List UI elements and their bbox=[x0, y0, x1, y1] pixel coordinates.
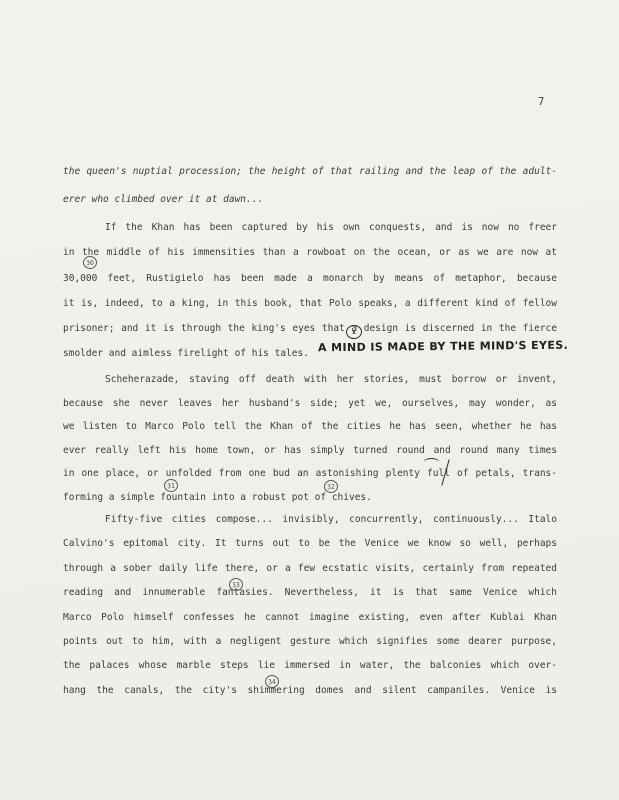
text-line: points out to him, with a negligent gest… bbox=[63, 636, 557, 660]
text-line: Fifty-five cities compose... invisibly, … bbox=[63, 514, 557, 538]
text-line: 30,000 feet, Rustigielo has been made a … bbox=[63, 273, 557, 298]
page-number: 7 bbox=[538, 96, 544, 108]
text-line: we listen to Marco Polo tell the Khan of… bbox=[63, 421, 557, 445]
text-line: ever really left his home town, or has s… bbox=[63, 445, 557, 469]
text-line: If the Khan has been captured by his own… bbox=[63, 222, 557, 247]
paragraph-scheherazade: Scheherazade, staving off death with her… bbox=[63, 374, 557, 515]
text-line: because she never leaves her husband's s… bbox=[63, 398, 557, 422]
proofreading-caret-mark bbox=[424, 458, 439, 466]
text-line: forming a simple fountain into a robust … bbox=[63, 492, 557, 516]
text-line: Scheherazade, staving off death with her… bbox=[63, 374, 557, 398]
epigraph-line: the queen's nuptial procession; the heig… bbox=[63, 166, 557, 194]
handwritten-note: A MIND IS MADE BY THE MIND'S EYES. bbox=[318, 339, 560, 355]
text-line: the palaces whose marble steps lie immer… bbox=[63, 660, 557, 684]
manuscript-page: 7 the queen's nuptial procession; the he… bbox=[0, 0, 619, 800]
paragraph-venice: Fifty-five cities compose... invisibly, … bbox=[63, 514, 557, 709]
text-line: Calvino's epitomal city. It turns out to… bbox=[63, 538, 557, 562]
text-line: hang the canals, the city's shimmering d… bbox=[63, 685, 557, 709]
epigraph: the queen's nuptial procession; the heig… bbox=[63, 166, 557, 222]
text-line: Marco Polo himself confesses he cannot i… bbox=[63, 612, 557, 636]
text-line: it is, indeed, to a king, in this book, … bbox=[63, 298, 557, 323]
text-line: in the middle of his immensities than a … bbox=[63, 247, 557, 272]
epigraph-line: erer who climbed over it at dawn... bbox=[63, 194, 557, 222]
text-line: reading and innumerable fantasies. Never… bbox=[63, 587, 557, 611]
text-line: through a sober daily life there, or a f… bbox=[63, 563, 557, 587]
text-line: in one place, or unfolded from one bud a… bbox=[63, 468, 557, 492]
